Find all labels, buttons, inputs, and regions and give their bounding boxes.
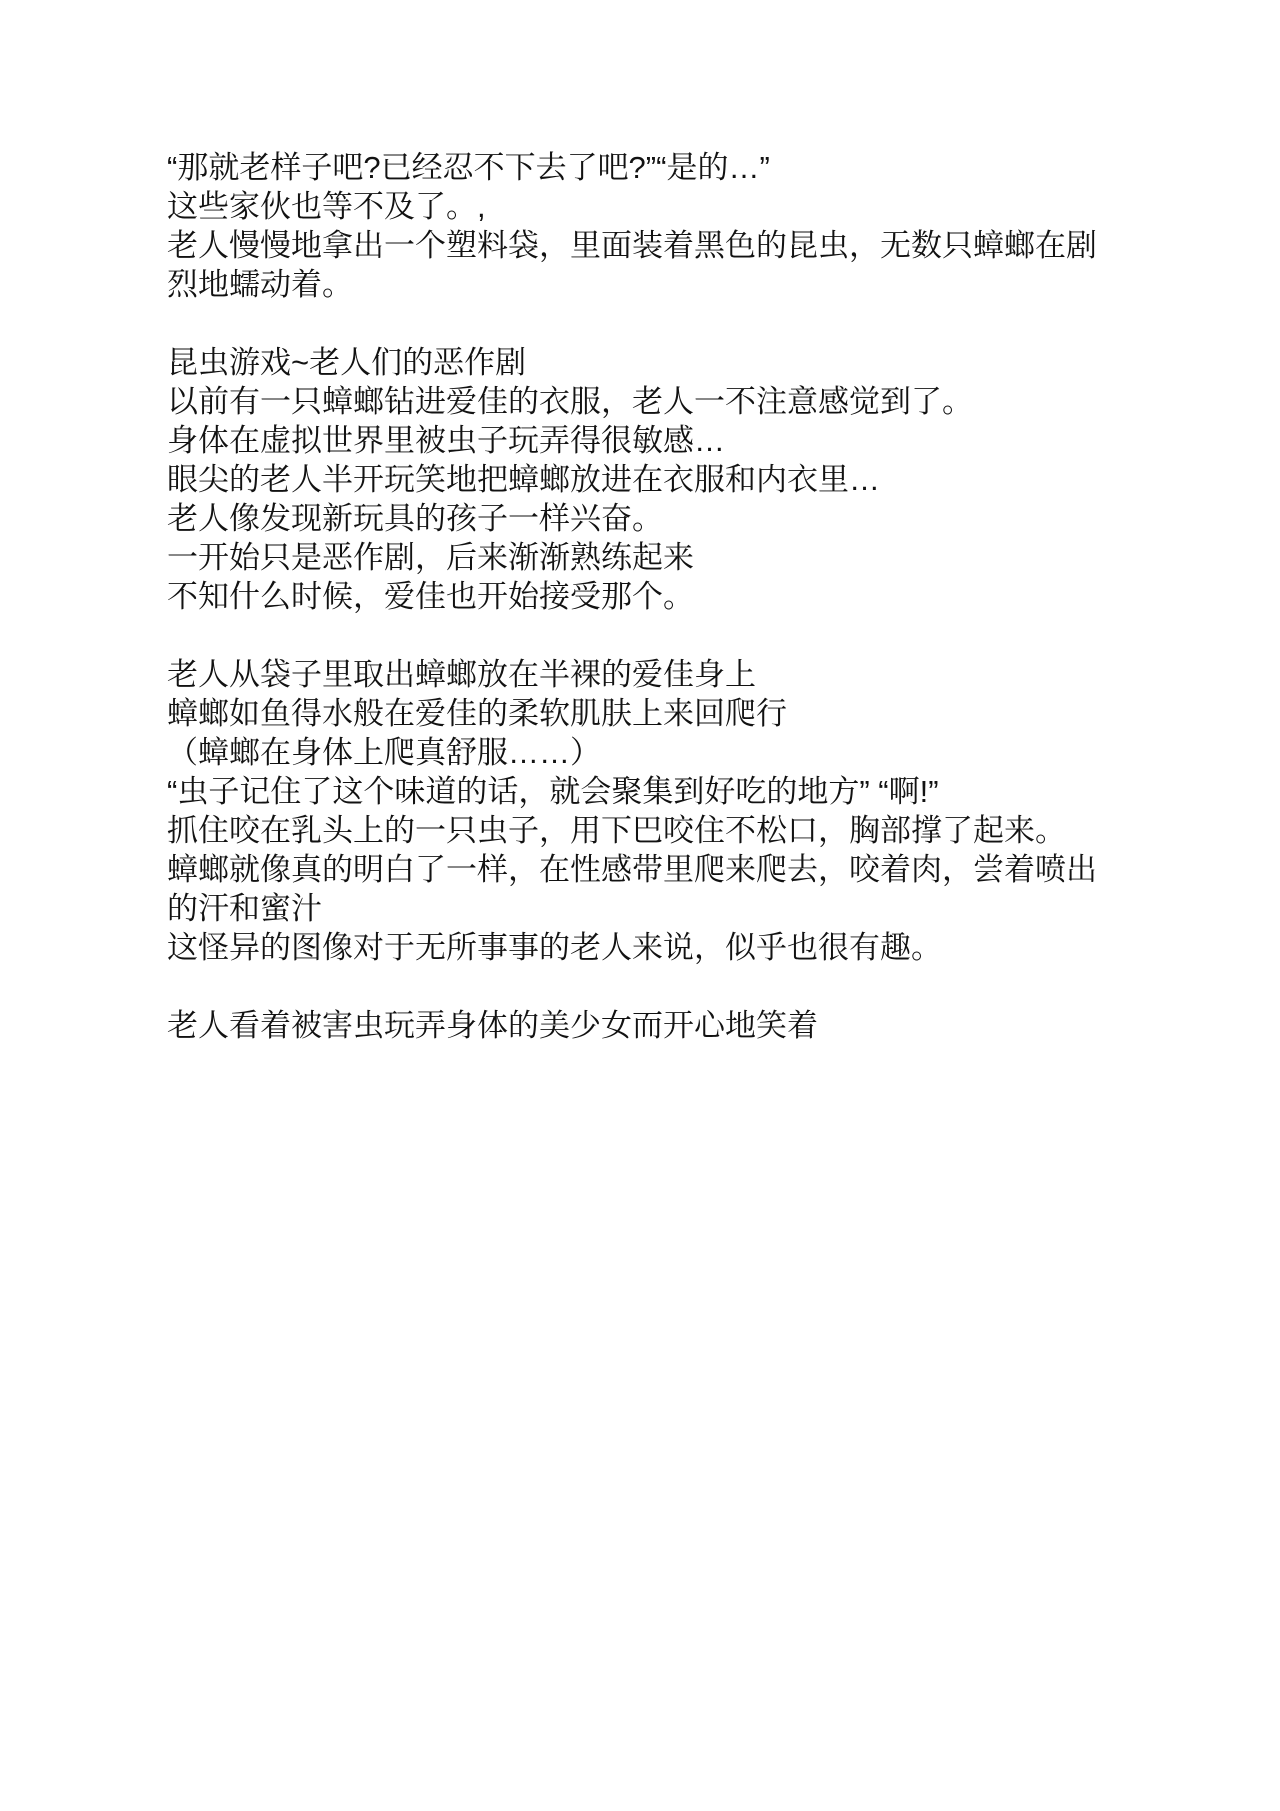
text-line: 老人慢慢地拿出一个塑料袋，里面装着黑色的昆虫，无数只蟑螂在剧 — [167, 226, 1170, 265]
text-line: 这怪异的图像对于无所事事的老人来说，似乎也很有趣。 — [167, 928, 1170, 967]
document-page: “那就老样子吧?已经忍不下去了吧?”“是的…”这些家伙也等不及了。,老人慢慢地拿… — [0, 0, 1280, 1811]
text-line: （蟑螂在身体上爬真舒服……） — [167, 733, 1170, 772]
document-body: “那就老样子吧?已经忍不下去了吧?”“是的…”这些家伙也等不及了。,老人慢慢地拿… — [167, 148, 1170, 1045]
paragraph: “那就老样子吧?已经忍不下去了吧?”“是的…”这些家伙也等不及了。,老人慢慢地拿… — [167, 148, 1170, 304]
text-line: 老人看着被害虫玩弄身体的美少女而开心地笑着 — [167, 1006, 1170, 1045]
text-line: 老人从袋子里取出蟑螂放在半裸的爱佳身上 — [167, 655, 1170, 694]
text-line: 老人像发现新玩具的孩子一样兴奋。 — [167, 499, 1170, 538]
paragraph: 老人从袋子里取出蟑螂放在半裸的爱佳身上蟑螂如鱼得水般在爱佳的柔软肌肤上来回爬行（… — [167, 655, 1170, 967]
text-line: 烈地蠕动着。 — [167, 265, 1170, 304]
text-line: 以前有一只蟑螂钻进爱佳的衣服，老人一不注意感觉到了。 — [167, 382, 1170, 421]
text-line: 的汗和蜜汁 — [167, 889, 1170, 928]
text-line: 身体在虚拟世界里被虫子玩弄得很敏感… — [167, 421, 1170, 460]
paragraph: 老人看着被害虫玩弄身体的美少女而开心地笑着 — [167, 1006, 1170, 1045]
text-line: 抓住咬在乳头上的一只虫子，用下巴咬住不松口，胸部撑了起来。 — [167, 811, 1170, 850]
text-line: “虫子记住了这个味道的话，就会聚集到好吃的地方” “啊!” — [167, 772, 1170, 811]
text-line: 这些家伙也等不及了。, — [167, 187, 1170, 226]
paragraph: 昆虫游戏~老人们的恶作剧以前有一只蟑螂钻进爱佳的衣服，老人一不注意感觉到了。身体… — [167, 343, 1170, 616]
text-line: 蟑螂就像真的明白了一样，在性感带里爬来爬去，咬着肉，尝着喷出 — [167, 850, 1170, 889]
text-line: 蟑螂如鱼得水般在爱佳的柔软肌肤上来回爬行 — [167, 694, 1170, 733]
text-line: 一开始只是恶作剧，后来渐渐熟练起来 — [167, 538, 1170, 577]
text-line: “那就老样子吧?已经忍不下去了吧?”“是的…” — [167, 148, 1170, 187]
text-line: 不知什么时候，爱佳也开始接受那个。 — [167, 577, 1170, 616]
text-line: 昆虫游戏~老人们的恶作剧 — [167, 343, 1170, 382]
text-line: 眼尖的老人半开玩笑地把蟑螂放进在衣服和内衣里… — [167, 460, 1170, 499]
